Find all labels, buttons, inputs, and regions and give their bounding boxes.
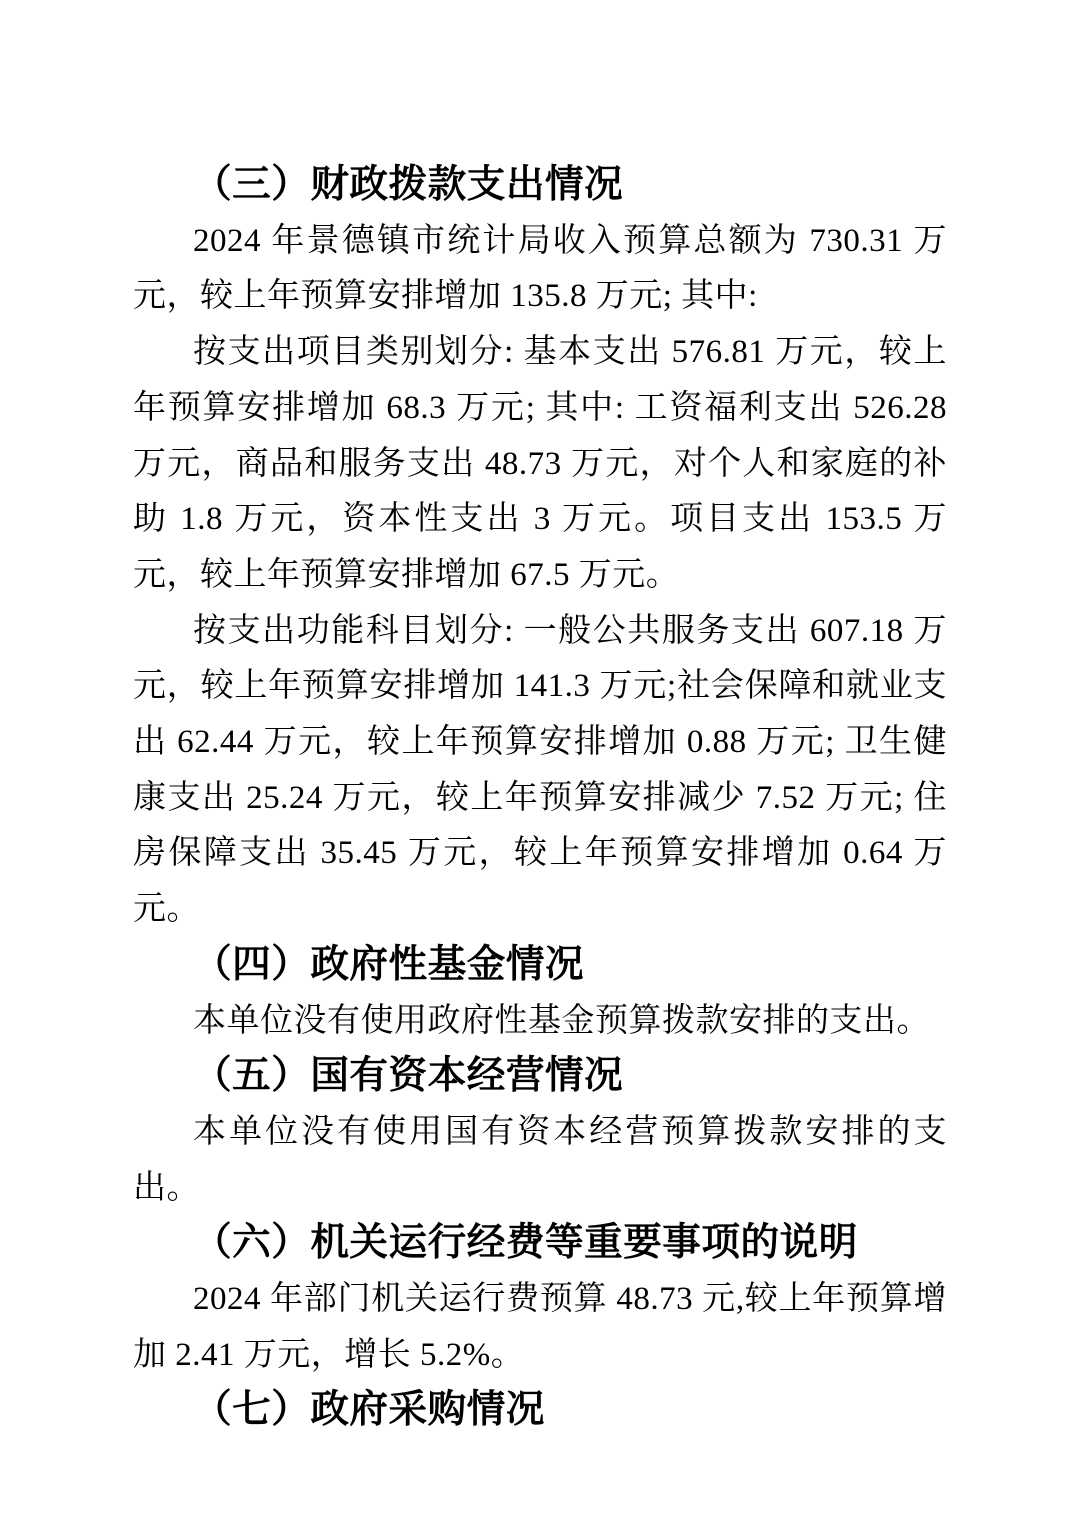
paragraph-by-expenditure-category: 按支出项目类别划分: 基本支出 576.81 万元，较上年预算安排增加 68.3… bbox=[133, 325, 947, 604]
paragraph-government-funds: 本单位没有使用政府性基金预算拨款安排的支出。 bbox=[133, 994, 947, 1050]
section-heading-state-capital-operation: （五）国有资本经营情况 bbox=[133, 1049, 947, 1105]
paragraph-state-capital-operation: 本单位没有使用国有资本经营预算拨款安排的支出。 bbox=[133, 1105, 947, 1216]
paragraph-agency-operating-expenses: 2024 年部门机关运行费预算 48.73 元,较上年预算增加 2.41 万元，… bbox=[133, 1272, 947, 1383]
section-heading-government-funds: （四）政府性基金情况 bbox=[133, 938, 947, 994]
paragraph-by-function-category: 按支出功能科目划分: 一般公共服务支出 607.18 万元，较上年预算安排增加 … bbox=[133, 604, 947, 938]
section-heading-government-procurement: （七）政府采购情况 bbox=[133, 1383, 947, 1439]
document-body: （三）财政拨款支出情况 2024 年景德镇市统计局收入预算总额为 730.31 … bbox=[133, 158, 947, 1439]
section-heading-fiscal-appropriation-expenditure: （三）财政拨款支出情况 bbox=[133, 158, 947, 214]
paragraph-total-budget: 2024 年景德镇市统计局收入预算总额为 730.31 万元，较上年预算安排增加… bbox=[133, 214, 947, 325]
section-heading-agency-operating-expenses: （六）机关运行经费等重要事项的说明 bbox=[133, 1216, 947, 1272]
document-page: （三）财政拨款支出情况 2024 年景德镇市统计局收入预算总额为 730.31 … bbox=[0, 0, 1074, 1520]
